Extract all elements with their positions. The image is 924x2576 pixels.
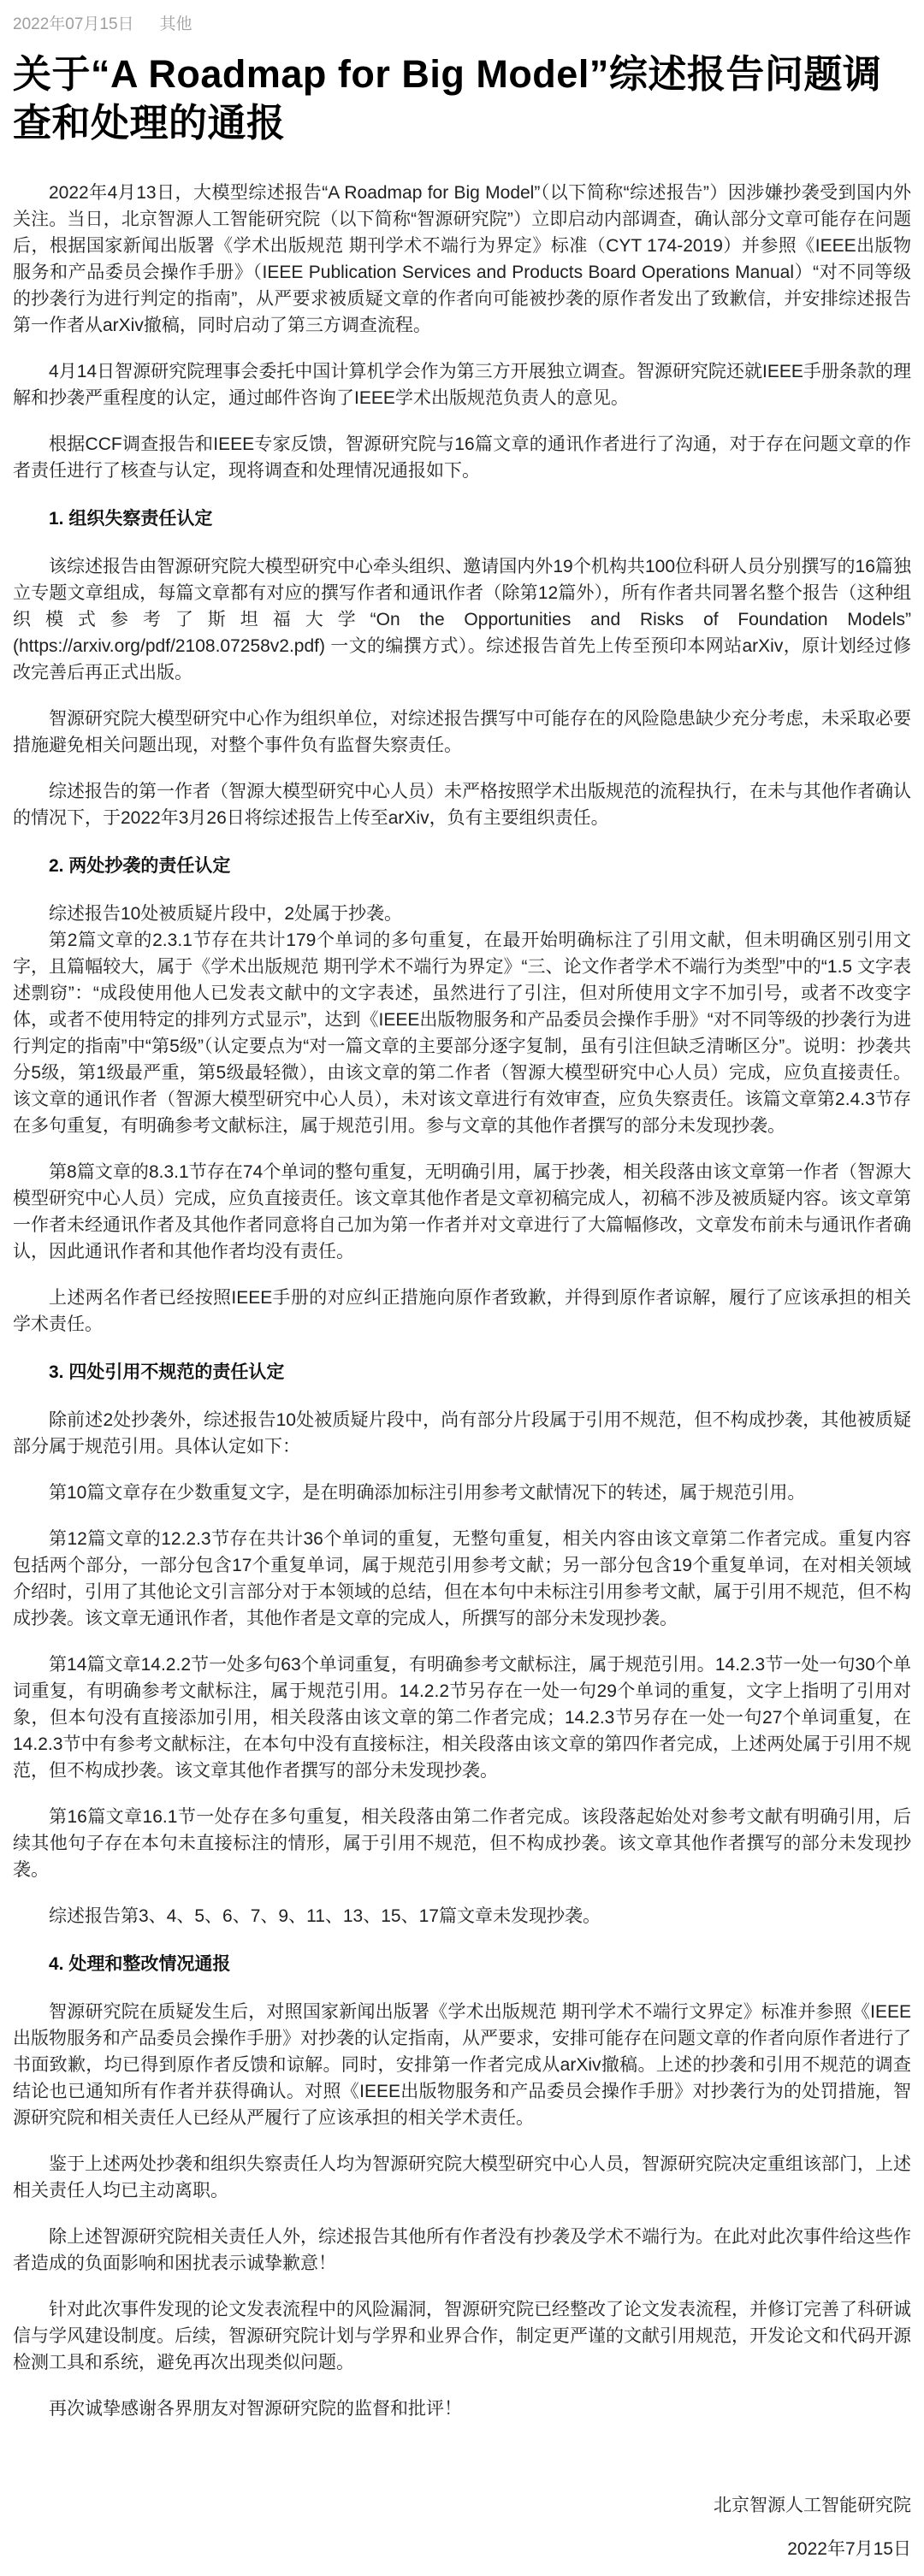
- paragraph: 针对此次事件发现的论文发表流程中的风险漏洞，智源研究院已经整改了论文发表流程，并…: [13, 2296, 911, 2376]
- paragraph: 第14篇文章14.2.2节一处多句63个单词重复，有明确参考文献标注，属于规范引…: [13, 1651, 911, 1784]
- publish-date: 2022年07月15日: [13, 15, 134, 33]
- signature-block: 北京智源人工智能研究院 2022年7月15日: [13, 2492, 911, 2562]
- paragraph: 4月14日智源研究院理事会委托中国计算机学会作为第三方开展独立调查。智源研究院还…: [13, 358, 911, 411]
- paragraph: 智源研究院大模型研究中心作为组织单位，对综述报告撰写中可能存在的风险隐患缺少充分…: [13, 706, 911, 759]
- section-heading: 4. 处理和整改情况通报: [13, 1951, 911, 1977]
- paragraph: 除前述2处抄袭外，综述报告10处被质疑片段中，尚有部分片段属于引用不规范，但不构…: [13, 1407, 911, 1460]
- notice-document: 2022年07月15日其他 关于“A Roadmap for Big Model…: [0, 0, 924, 2576]
- paragraph: 综述报告10处被质疑片段中，2处属于抄袭。: [13, 901, 911, 927]
- paragraph: 第2篇文章的2.3.1节存在共计179个单词的多句重复，在最开始明确标注了引用文…: [13, 927, 911, 1139]
- paragraph: 2022年4月13日，大模型综述报告“A Roadmap for Big Mod…: [13, 180, 911, 339]
- paragraph: 综述报告的第一作者（智源大模型研究中心人员）未严格按照学术出版规范的流程执行，在…: [13, 778, 911, 831]
- section-heading: 1. 组织失察责任认定: [13, 505, 911, 532]
- paragraph: 除上述智源研究院相关责任人外，综述报告其他所有作者没有抄袭及学术不端行为。在此对…: [13, 2224, 911, 2277]
- paragraph: 第10篇文章存在少数重复文字，是在明确添加标注引用参考文献情况下的转述，属于规范…: [13, 1480, 911, 1506]
- paragraph: 上述两名作者已经按照IEEE手册的对应纠正措施向原作者致歉，并得到原作者谅解，履…: [13, 1285, 911, 1338]
- section-heading: 2. 两处抄袭的责任认定: [13, 853, 911, 879]
- paragraph: 综述报告第3、4、5、6、7、9、11、13、15、17篇文章未发现抄袭。: [13, 1903, 911, 1929]
- paragraph: 第12篇文章的12.2.3节存在共计36个单词的重复，无整句重复，相关内容由该文…: [13, 1526, 911, 1632]
- signature-date: 2022年7月15日: [13, 2536, 911, 2562]
- page-title: 关于“A Roadmap for Big Model”综述报告问题调查和处理的通…: [13, 50, 911, 147]
- paragraph: 根据CCF调查报告和IEEE专家反馈，智源研究院与16篇文章的通讯作者进行了沟通…: [13, 431, 911, 484]
- paragraph: 第16篇文章16.1节一处存在多句重复，相关段落由第二作者完成。该段落起始处对参…: [13, 1804, 911, 1883]
- paragraph: 第8篇文章的8.3.1节存在74个单词的整句重复，无明确引用，属于抄袭，相关段落…: [13, 1159, 911, 1265]
- paragraph: 智源研究院在质疑发生后，对照国家新闻出版署《学术出版规范 期刊学术不端行文界定》…: [13, 1999, 911, 2131]
- paragraph: 鉴于上述两处抄袭和组织失察责任人均为智源研究院大模型研究中心人员，智源研究院决定…: [13, 2151, 911, 2204]
- section-heading: 3. 四处引用不规范的责任认定: [13, 1359, 911, 1385]
- category-label: 其他: [160, 15, 192, 33]
- paragraph: 该综述报告由智源研究院大模型研究中心牵头组织、邀请国内外19个机构共100位科研…: [13, 553, 911, 686]
- paragraph: 再次诚挚感谢各界朋友对智源研究院的监督和批评！: [13, 2396, 911, 2422]
- meta-row: 2022年07月15日其他: [13, 12, 911, 36]
- signature-org: 北京智源人工智能研究院: [13, 2492, 911, 2519]
- article-body: 2022年4月13日，大模型综述报告“A Roadmap for Big Mod…: [13, 180, 911, 2422]
